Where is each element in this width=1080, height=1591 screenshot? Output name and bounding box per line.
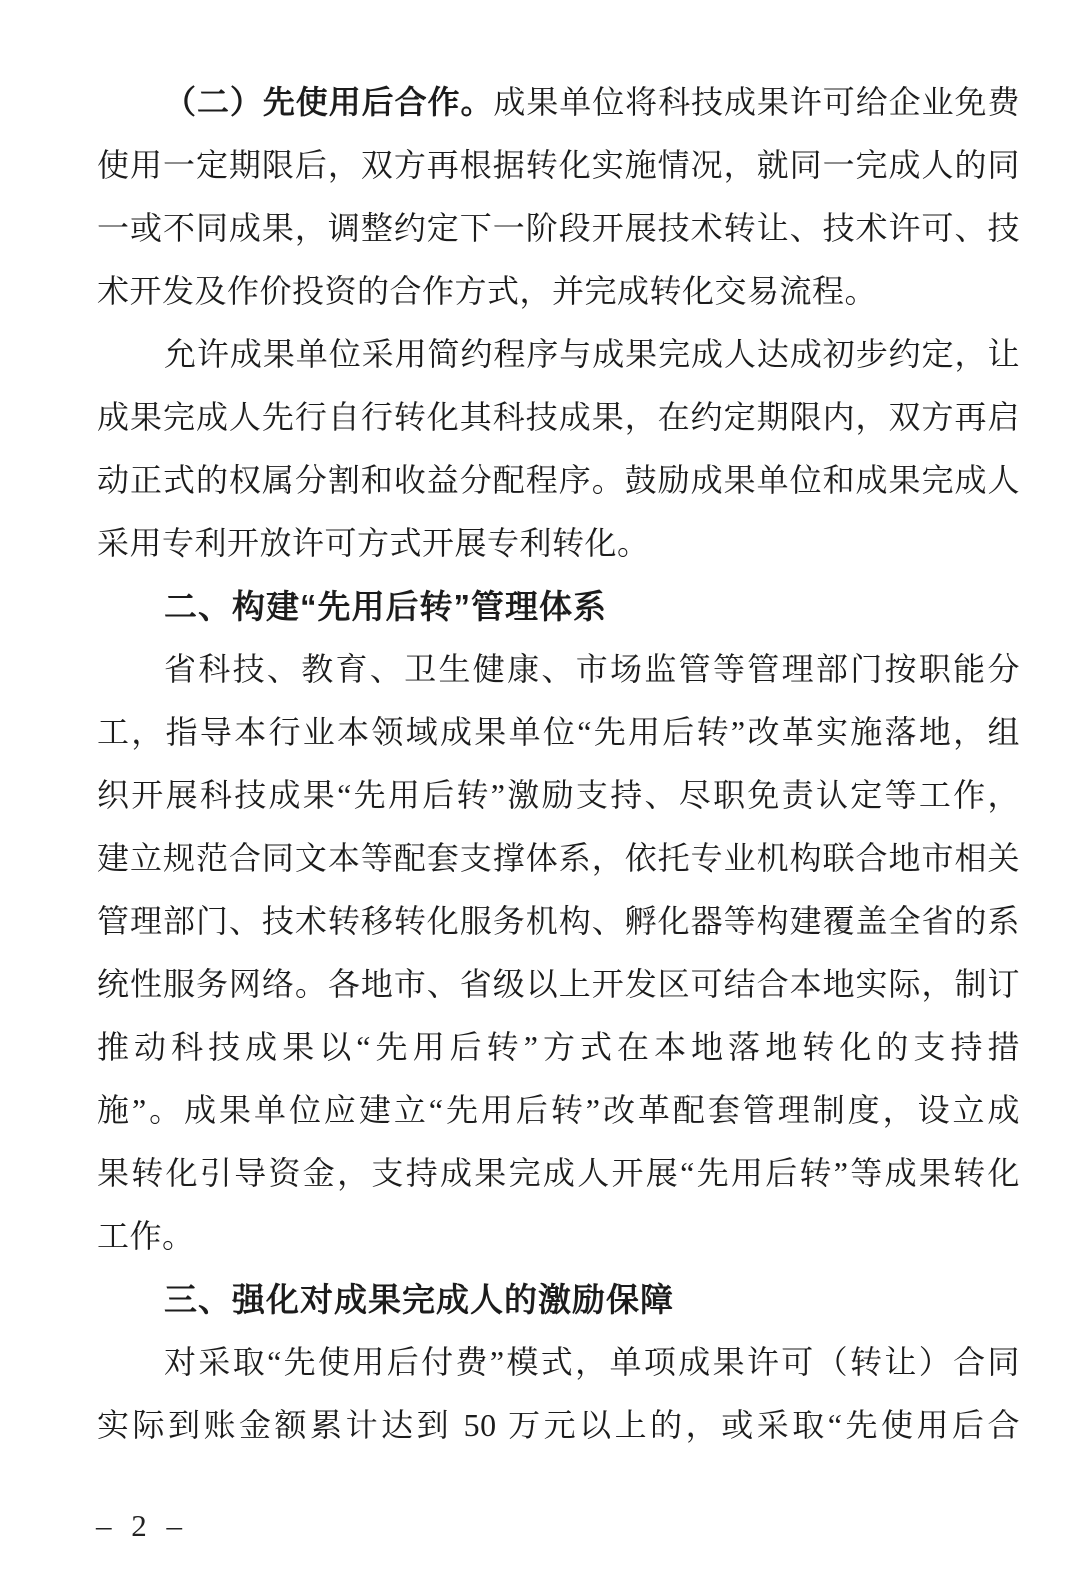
line-text: 术开发及作价投资的合作方式，并完成转化交易流程。 — [97, 273, 877, 309]
line-text: 省科技、教育、卫生健康、市场监管等管理部门按职能分 — [164, 651, 1020, 687]
text-line: 允许成果单位采用简约程序与成果完成人达成初步约定，让 — [97, 323, 1020, 386]
text-line: 实际到账金额累计达到 50 万元以上的，或采取“先使用后合 — [97, 1394, 1020, 1457]
bold-lead-text: （二）先使用后合作。 — [164, 84, 493, 120]
text-line: 成果完成人先行自行转化其科技成果，在约定期限内，双方再启 — [97, 386, 1020, 449]
line-text: 成果完成人先行自行转化其科技成果，在约定期限内，双方再启 — [97, 399, 1020, 435]
line-text: 使用一定期限后，双方再根据转化实施情况，就同一完成人的同 — [97, 147, 1020, 183]
text-line: 工，指导本行业本领域成果单位“先用后转”改革实施落地，组 — [97, 701, 1020, 764]
line-text: 实际到账金额累计达到 50 万元以上的，或采取“先使用后合 — [97, 1407, 1020, 1443]
line-text: 一或不同成果，调整约定下一阶段开展技术转让、技术许可、技 — [97, 210, 1020, 246]
section-heading: 二、构建“先用后转”管理体系 — [97, 575, 1020, 638]
line-text: 管理部门、技术转移转化服务机构、孵化器等构建覆盖全省的系 — [97, 903, 1020, 939]
text-line: 织开展科技成果“先用后转”激励支持、尽职免责认定等工作， — [97, 764, 1020, 827]
text-line: 施”。成果单位应建立“先用后转”改革配套管理制度，设立成 — [97, 1079, 1020, 1142]
text-block: （二）先使用后合作。成果单位将科技成果许可给企业免费使用一定期限后，双方再根据转… — [97, 71, 1020, 1457]
text-line: 果转化引导资金，支持成果完成人开展“先用后转”等成果转化 — [97, 1142, 1020, 1205]
text-line: 推动科技成果以“先用后转”方式在本地落地转化的支持措 — [97, 1016, 1020, 1079]
text-line: 使用一定期限后，双方再根据转化实施情况，就同一完成人的同 — [97, 134, 1020, 197]
text-line: 省科技、教育、卫生健康、市场监管等管理部门按职能分 — [97, 638, 1020, 701]
line-text: 成果单位将科技成果许可给企业免费 — [493, 84, 1020, 120]
line-text: 统性服务网络。各地市、省级以上开发区可结合本地实际，制订 — [97, 966, 1020, 1002]
line-text: 三、强化对成果完成人的激励保障 — [164, 1281, 674, 1318]
line-text: 果转化引导资金，支持成果完成人开展“先用后转”等成果转化 — [97, 1155, 1020, 1191]
text-line: 工作。 — [97, 1205, 1020, 1268]
line-text: 允许成果单位采用简约程序与成果完成人达成初步约定，让 — [164, 336, 1020, 372]
line-text: 对采取“先使用后付费”模式，单项成果许可（转让）合同 — [164, 1344, 1020, 1380]
text-line: 对采取“先使用后付费”模式，单项成果许可（转让）合同 — [97, 1331, 1020, 1394]
text-line: （二）先使用后合作。成果单位将科技成果许可给企业免费 — [97, 71, 1020, 134]
text-line: 管理部门、技术转移转化服务机构、孵化器等构建覆盖全省的系 — [97, 890, 1020, 953]
line-text: 织开展科技成果“先用后转”激励支持、尽职免责认定等工作， — [97, 777, 1020, 813]
line-text: 建立规范合同文本等配套支撑体系，依托专业机构联合地市相关 — [97, 840, 1020, 876]
text-line: 动正式的权属分割和收益分配程序。鼓励成果单位和成果完成人 — [97, 449, 1020, 512]
line-text: 施”。成果单位应建立“先用后转”改革配套管理制度，设立成 — [97, 1092, 1020, 1128]
line-text: 工作。 — [97, 1218, 195, 1254]
line-text: 动正式的权属分割和收益分配程序。鼓励成果单位和成果完成人 — [97, 462, 1020, 498]
page-number: – 2 – — [96, 1506, 188, 1546]
text-line: 一或不同成果，调整约定下一阶段开展技术转让、技术许可、技 — [97, 197, 1020, 260]
text-line: 统性服务网络。各地市、省级以上开发区可结合本地实际，制订 — [97, 953, 1020, 1016]
line-text: 工，指导本行业本领域成果单位“先用后转”改革实施落地，组 — [97, 714, 1020, 750]
text-line: 建立规范合同文本等配套支撑体系，依托专业机构联合地市相关 — [97, 827, 1020, 890]
document-page: （二）先使用后合作。成果单位将科技成果许可给企业免费使用一定期限后，双方再根据转… — [0, 0, 1080, 1591]
line-text: 推动科技成果以“先用后转”方式在本地落地转化的支持措 — [97, 1029, 1020, 1065]
line-text: 二、构建“先用后转”管理体系 — [164, 588, 607, 625]
line-text: 采用专利开放许可方式开展专利转化。 — [97, 525, 650, 561]
text-line: 采用专利开放许可方式开展专利转化。 — [97, 512, 1020, 575]
text-line: 术开发及作价投资的合作方式，并完成转化交易流程。 — [97, 260, 1020, 323]
section-heading: 三、强化对成果完成人的激励保障 — [97, 1268, 1020, 1331]
